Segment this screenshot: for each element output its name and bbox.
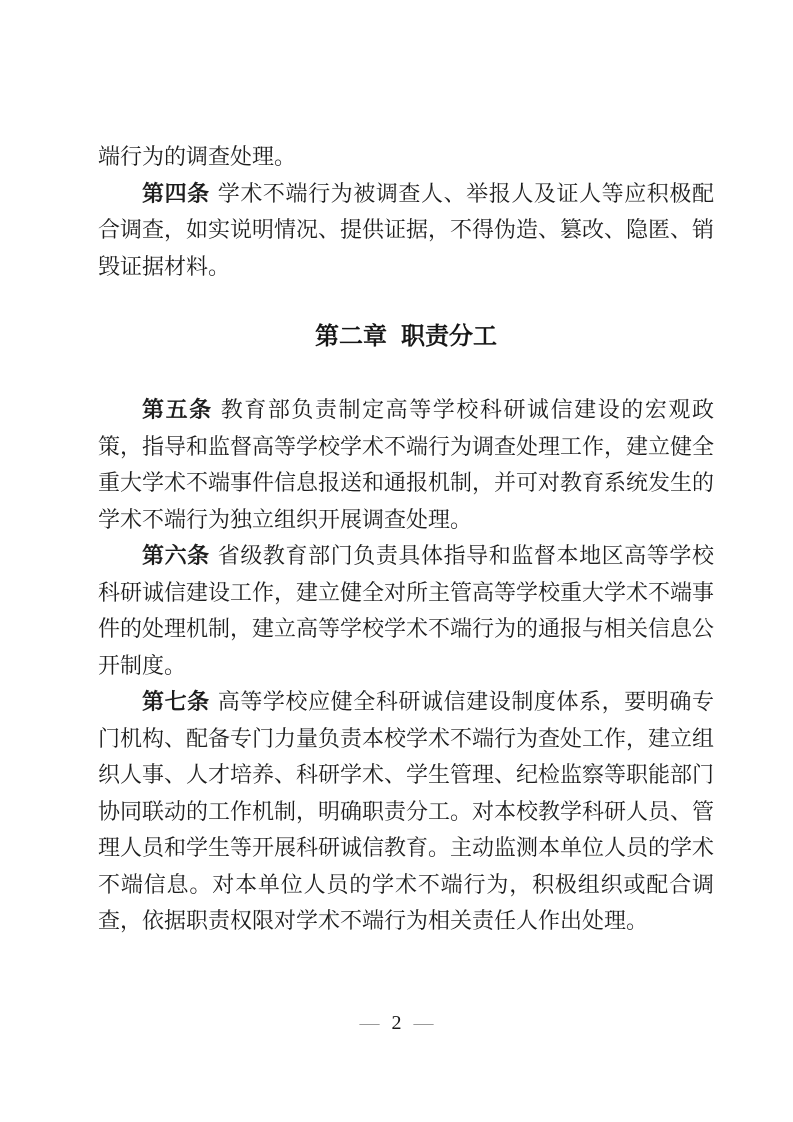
document-page: 端行为的调查处理。 第四条学术不端行为被调查人、举报人及证人等应积极配合调查，如… bbox=[0, 0, 793, 1122]
article-7-number: 第七条 bbox=[142, 689, 210, 714]
article-5-paragraph: 第五条教育部负责制定高等学校科研诚信建设的宏观政策，指导和监督高等学校学术不端行… bbox=[98, 392, 714, 538]
article-7-text: 高等学校应健全科研诚信建设制度体系，要明确专门机构、配备专门力量负责本校学术不端… bbox=[98, 689, 714, 933]
article-6-number: 第六条 bbox=[142, 543, 210, 568]
chapter-title: 职责分工 bbox=[401, 323, 497, 350]
footer-dash-right: — bbox=[414, 1012, 434, 1034]
article-4-paragraph: 第四条学术不端行为被调查人、举报人及证人等应积极配合调查，如实说明情况、提供证据… bbox=[98, 176, 714, 286]
chapter-heading: 第二章职责分工 bbox=[98, 318, 714, 355]
page-number: 2 bbox=[392, 1012, 402, 1034]
page-footer: —2— bbox=[0, 1012, 793, 1034]
paragraph-continuation: 端行为的调查处理。 bbox=[98, 139, 714, 176]
chapter-number: 第二章 bbox=[315, 323, 387, 350]
article-4-number: 第四条 bbox=[142, 181, 210, 206]
footer-dash-left: — bbox=[360, 1012, 380, 1034]
document-body: 端行为的调查处理。 第四条学术不端行为被调查人、举报人及证人等应积极配合调查，如… bbox=[98, 139, 714, 940]
article-7-paragraph: 第七条高等学校应健全科研诚信建设制度体系，要明确专门机构、配备专门力量负责本校学… bbox=[98, 684, 714, 940]
article-6-paragraph: 第六条省级教育部门负责具体指导和监督本地区高等学校科研诚信建设工作，建立健全对所… bbox=[98, 538, 714, 684]
article-5-number: 第五条 bbox=[142, 397, 213, 422]
